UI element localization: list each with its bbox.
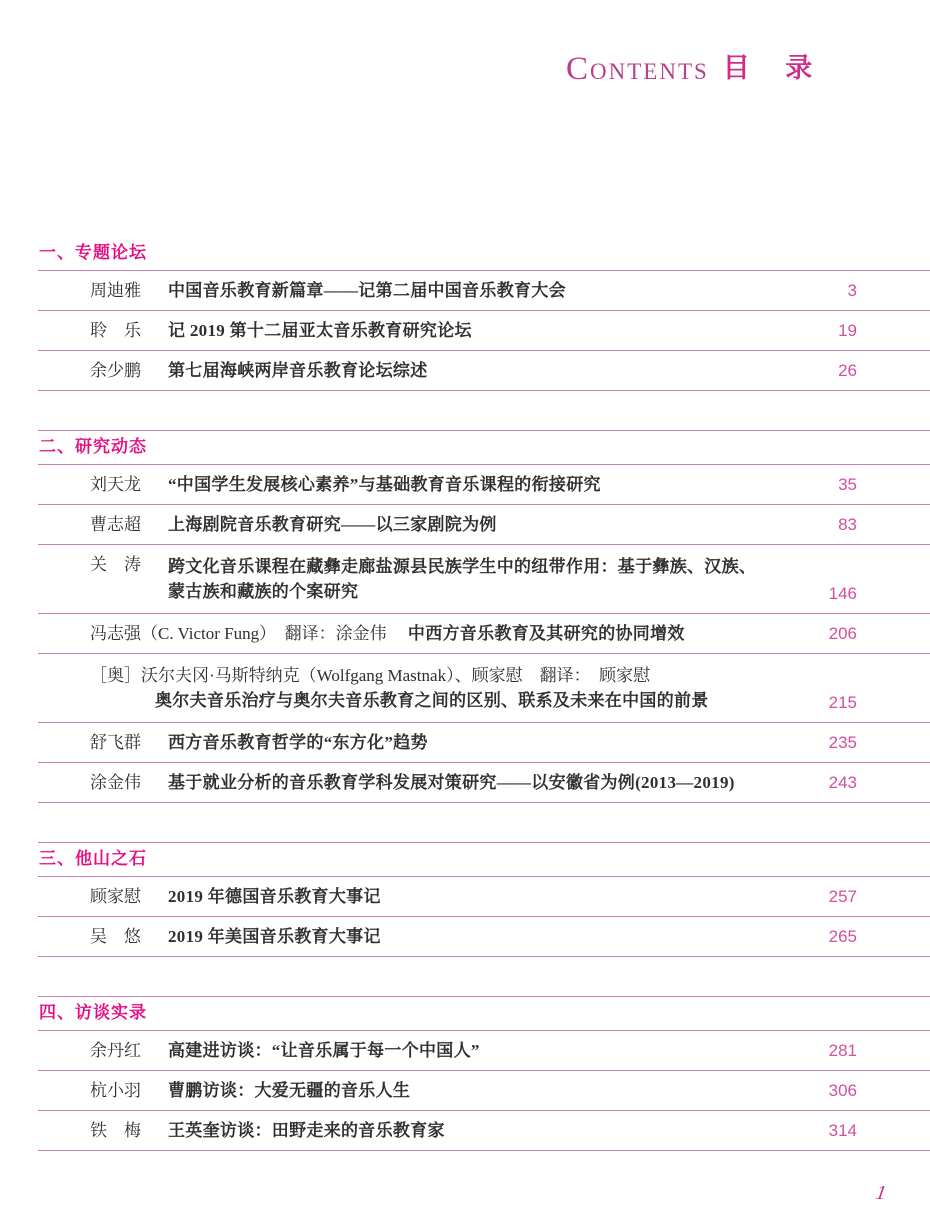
entry-page-number: 215 (829, 690, 857, 715)
entry-page-number: 26 (838, 358, 857, 383)
entry-author-prefix: 冯志强（C. Victor Fung） 翻译：涂金伟 (90, 624, 404, 643)
entry-title: 2019 年美国音乐教育大事记 (168, 927, 381, 946)
toc-entry-row: 余丹红 高建进访谈：“让音乐属于每一个中国人” 281 (38, 1031, 930, 1071)
entry-page-number: 265 (829, 924, 857, 949)
entry-author: 铁 梅 (90, 1118, 141, 1143)
entry-page-number: 257 (829, 884, 857, 909)
toc-entry-row: 冯志强（C. Victor Fung） 翻译：涂金伟 中西方音乐教育及其研究的协… (38, 614, 930, 654)
toc-entry-row: 舒飞群 西方音乐教育哲学的“东方化”趋势 235 (38, 723, 930, 763)
section-heading: 三、他山之石 (38, 843, 930, 877)
section-heading: 二、研究动态 (38, 431, 930, 465)
entry-author: 余少鹏 (90, 358, 141, 383)
section-rows: 余丹红 高建进访谈：“让音乐属于每一个中国人” 281 杭小羽 曹鹏访谈：大爱无… (38, 1031, 930, 1151)
entry-title: 高建进访谈：“让音乐属于每一个中国人” (168, 1041, 480, 1060)
toc-entry-row: 聆 乐 记 2019 第十二届亚太音乐教育研究论坛 19 (38, 311, 930, 351)
entry-page-number: 306 (829, 1078, 857, 1103)
entry-page-number: 3 (848, 278, 857, 303)
entry-author: 顾家慰 (90, 884, 141, 909)
toc-body: 一、专题论坛 周迪雅 中国音乐教育新篇章——记第二届中国音乐教育大会 3 聆 乐… (38, 237, 930, 1190)
entry-title-line: 蒙古族和藏族的个案研究 (168, 579, 845, 604)
entry-page-number: 83 (838, 512, 857, 537)
toc-entry-row: 铁 梅 王英奎访谈：田野走来的音乐教育家 314 (38, 1111, 930, 1151)
entry-page-number: 146 (829, 581, 857, 606)
toc-entry-row: 吴 悠 2019 年美国音乐教育大事记 265 (38, 917, 930, 957)
entry-title: 上海剧院音乐教育研究——以三家剧院为例 (168, 515, 497, 534)
toc-entry-row: 刘天龙 “中国学生发展核心素养”与基础教育音乐课程的衔接研究 35 (38, 465, 930, 505)
section-heading: 四、访谈实录 (38, 997, 930, 1031)
entry-author: 周迪雅 (90, 278, 141, 303)
entry-page-number: 235 (829, 730, 857, 755)
entry-author: 吴 悠 (90, 924, 141, 949)
entry-page-number: 19 (838, 318, 857, 343)
entry-author: 聆 乐 (90, 318, 141, 343)
entry-page-number: 281 (829, 1038, 857, 1063)
entry-author: 关 涛 (90, 552, 141, 577)
entry-author-prefix: ［奥］沃尔夫冈·马斯特纳克（Wolfgang Mastnak）、顾家慰 翻译： … (90, 663, 845, 688)
entry-page-number: 314 (829, 1118, 857, 1143)
entry-title: 中国音乐教育新篇章——记第二届中国音乐教育大会 (168, 281, 566, 300)
toc-entry-row: 杭小羽 曹鹏访谈：大爱无疆的音乐人生 306 (38, 1071, 930, 1111)
page-header: Contents目 录 (566, 48, 826, 88)
toc-entry-row: 涂金伟 基于就业分析的音乐教育学科发展对策研究——以安徽省为例(2013—201… (38, 763, 930, 803)
entry-author: 涂金伟 (90, 770, 141, 795)
section-heading: 一、专题论坛 (38, 237, 930, 271)
entry-title: 第七届海峡两岸音乐教育论坛综述 (168, 361, 428, 380)
toc-entry-row: 曹志超 上海剧院音乐教育研究——以三家剧院为例 83 (38, 505, 930, 545)
toc-entry-row: 周迪雅 中国音乐教育新篇章——记第二届中国音乐教育大会 3 (38, 271, 930, 311)
entry-title: 曹鹏访谈：大爱无疆的音乐人生 (168, 1081, 410, 1100)
entry-author: 舒飞群 (90, 730, 141, 755)
entry-page-number: 35 (838, 472, 857, 497)
toc-entry-row: 余少鹏 第七届海峡两岸音乐教育论坛综述 26 (38, 351, 930, 391)
entry-title-line: 跨文化音乐课程在藏彝走廊盐源县民族学生中的纽带作用：基于彝族、汉族、 (168, 554, 845, 579)
entry-author: 余丹红 (90, 1038, 141, 1063)
entry-title: 跨文化音乐课程在藏彝走廊盐源县民族学生中的纽带作用：基于彝族、汉族、蒙古族和藏族… (168, 554, 845, 604)
toc-section: 一、专题论坛 周迪雅 中国音乐教育新篇章——记第二届中国音乐教育大会 3 聆 乐… (38, 237, 930, 391)
section-rows: 顾家慰 2019 年德国音乐教育大事记 257 吴 悠 2019 年美国音乐教育… (38, 877, 930, 957)
toc-entry-row: 顾家慰 2019 年德国音乐教育大事记 257 (38, 877, 930, 917)
entry-title: 王英奎访谈：田野走来的音乐教育家 (168, 1121, 445, 1140)
section-rows: 刘天龙 “中国学生发展核心素养”与基础教育音乐课程的衔接研究 35 曹志超 上海… (38, 465, 930, 803)
entry-author: 曹志超 (90, 512, 141, 537)
toc-section: 二、研究动态 刘天龙 “中国学生发展核心素养”与基础教育音乐课程的衔接研究 35… (38, 430, 930, 803)
toc-section: 四、访谈实录 余丹红 高建进访谈：“让音乐属于每一个中国人” 281 杭小羽 曹… (38, 996, 930, 1151)
toc-section: 三、他山之石 顾家慰 2019 年德国音乐教育大事记 257 吴 悠 2019 … (38, 842, 930, 957)
contents-title-english: Contents (566, 51, 709, 87)
entry-author: 杭小羽 (90, 1078, 141, 1103)
entry-title: 奥尔夫音乐治疗与奥尔夫音乐教育之间的区别、联系及未来在中国的前景 (155, 688, 845, 713)
contents-title-chinese: 目 录 (723, 53, 827, 83)
entry-page-number: 243 (829, 770, 857, 795)
toc-entry-row: 关 涛 跨文化音乐课程在藏彝走廊盐源县民族学生中的纽带作用：基于彝族、汉族、蒙古… (38, 545, 930, 614)
toc-entry-row: ［奥］沃尔夫冈·马斯特纳克（Wolfgang Mastnak）、顾家慰 翻译： … (38, 654, 930, 723)
section-rows: 周迪雅 中国音乐教育新篇章——记第二届中国音乐教育大会 3 聆 乐 记 2019… (38, 271, 930, 391)
entry-title: 基于就业分析的音乐教育学科发展对策研究——以安徽省为例(2013—2019) (168, 773, 735, 792)
entry-title: 中西方音乐教育及其研究的协同增效 (408, 624, 685, 643)
entry-title: 2019 年德国音乐教育大事记 (168, 887, 381, 906)
entry-title: “中国学生发展核心素养”与基础教育音乐课程的衔接研究 (168, 475, 601, 494)
entry-title: 西方音乐教育哲学的“东方化”趋势 (168, 733, 428, 752)
entry-author: 刘天龙 (90, 472, 141, 497)
entry-page-number: 206 (829, 621, 857, 646)
entry-title: 记 2019 第十二届亚太音乐教育研究论坛 (168, 321, 472, 340)
